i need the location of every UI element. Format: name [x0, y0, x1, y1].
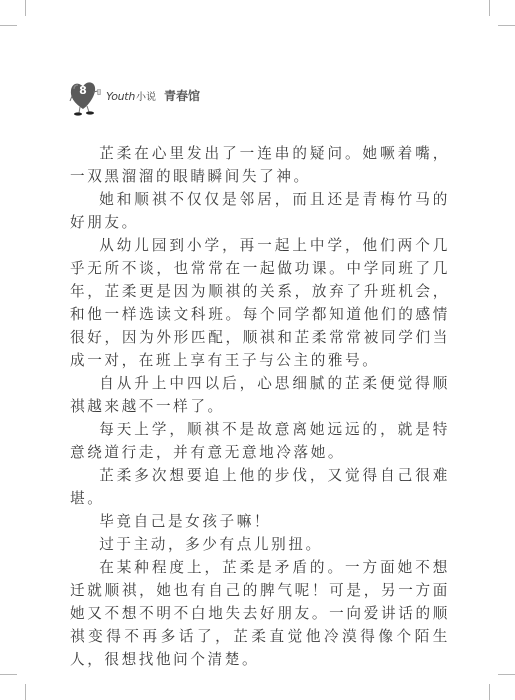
series-title-en: Youth: [106, 90, 135, 103]
crop-mark-top-left-vertical: [25, 0, 26, 16]
paragraph: 自从升上中四以后，心思细腻的芷柔便觉得顺祺越来越不一样了。: [70, 372, 450, 418]
paragraph: 芷柔在心里发出了一连串的疑问。她噘着嘴，一双黑溜溜的眼睛瞬间失了神。: [70, 142, 450, 188]
crop-mark-bottom-right-horizontal: [498, 674, 515, 675]
paragraph: 她和顺祺不仅仅是邻居，而且还是青梅竹马的好朋友。: [70, 188, 450, 234]
page-number: 8: [76, 84, 90, 98]
series-title: Youth小说青春馆: [106, 87, 200, 104]
crop-mark-bottom-right-vertical: [489, 684, 490, 700]
paragraph: 每天上学，顺祺不是故意离她远远的，就是特意绕道行走，并有意无意地冷落她。: [70, 418, 450, 464]
crop-mark-bottom-left-horizontal: [0, 674, 17, 675]
running-header: 8 Youth小说青春馆: [68, 80, 200, 116]
paragraph: 过于主动，多少有点儿别扭。: [70, 533, 450, 556]
crop-mark-top-right-horizontal: [498, 25, 515, 26]
paragraph: 在某种程度上，芷柔是矛盾的。一方面她不想迁就顺祺，她也有自己的脾气呢！可是，另一…: [70, 556, 450, 671]
paragraph: 芷柔多次想要追上他的步伐，又觉得自己很难堪。: [70, 464, 450, 510]
crop-mark-bottom-left-vertical: [25, 684, 26, 700]
paragraph: 毕竟自己是女孩子嘛！: [70, 510, 450, 533]
paragraph: 从幼儿园到小学，再一起上中学，他们两个几乎无所不谈，也常常在一起做功课。中学同班…: [70, 234, 450, 372]
heart-mascot-icon: 8: [68, 79, 104, 117]
crop-mark-top-right-vertical: [489, 0, 490, 16]
collection-title: 青春馆: [164, 89, 200, 103]
crop-mark-top-left-horizontal: [0, 25, 17, 26]
page-body: 芷柔在心里发出了一连串的疑问。她噘着嘴，一双黑溜溜的眼睛瞬间失了神。 她和顺祺不…: [70, 142, 450, 671]
series-title-cn: 小说: [136, 92, 156, 103]
